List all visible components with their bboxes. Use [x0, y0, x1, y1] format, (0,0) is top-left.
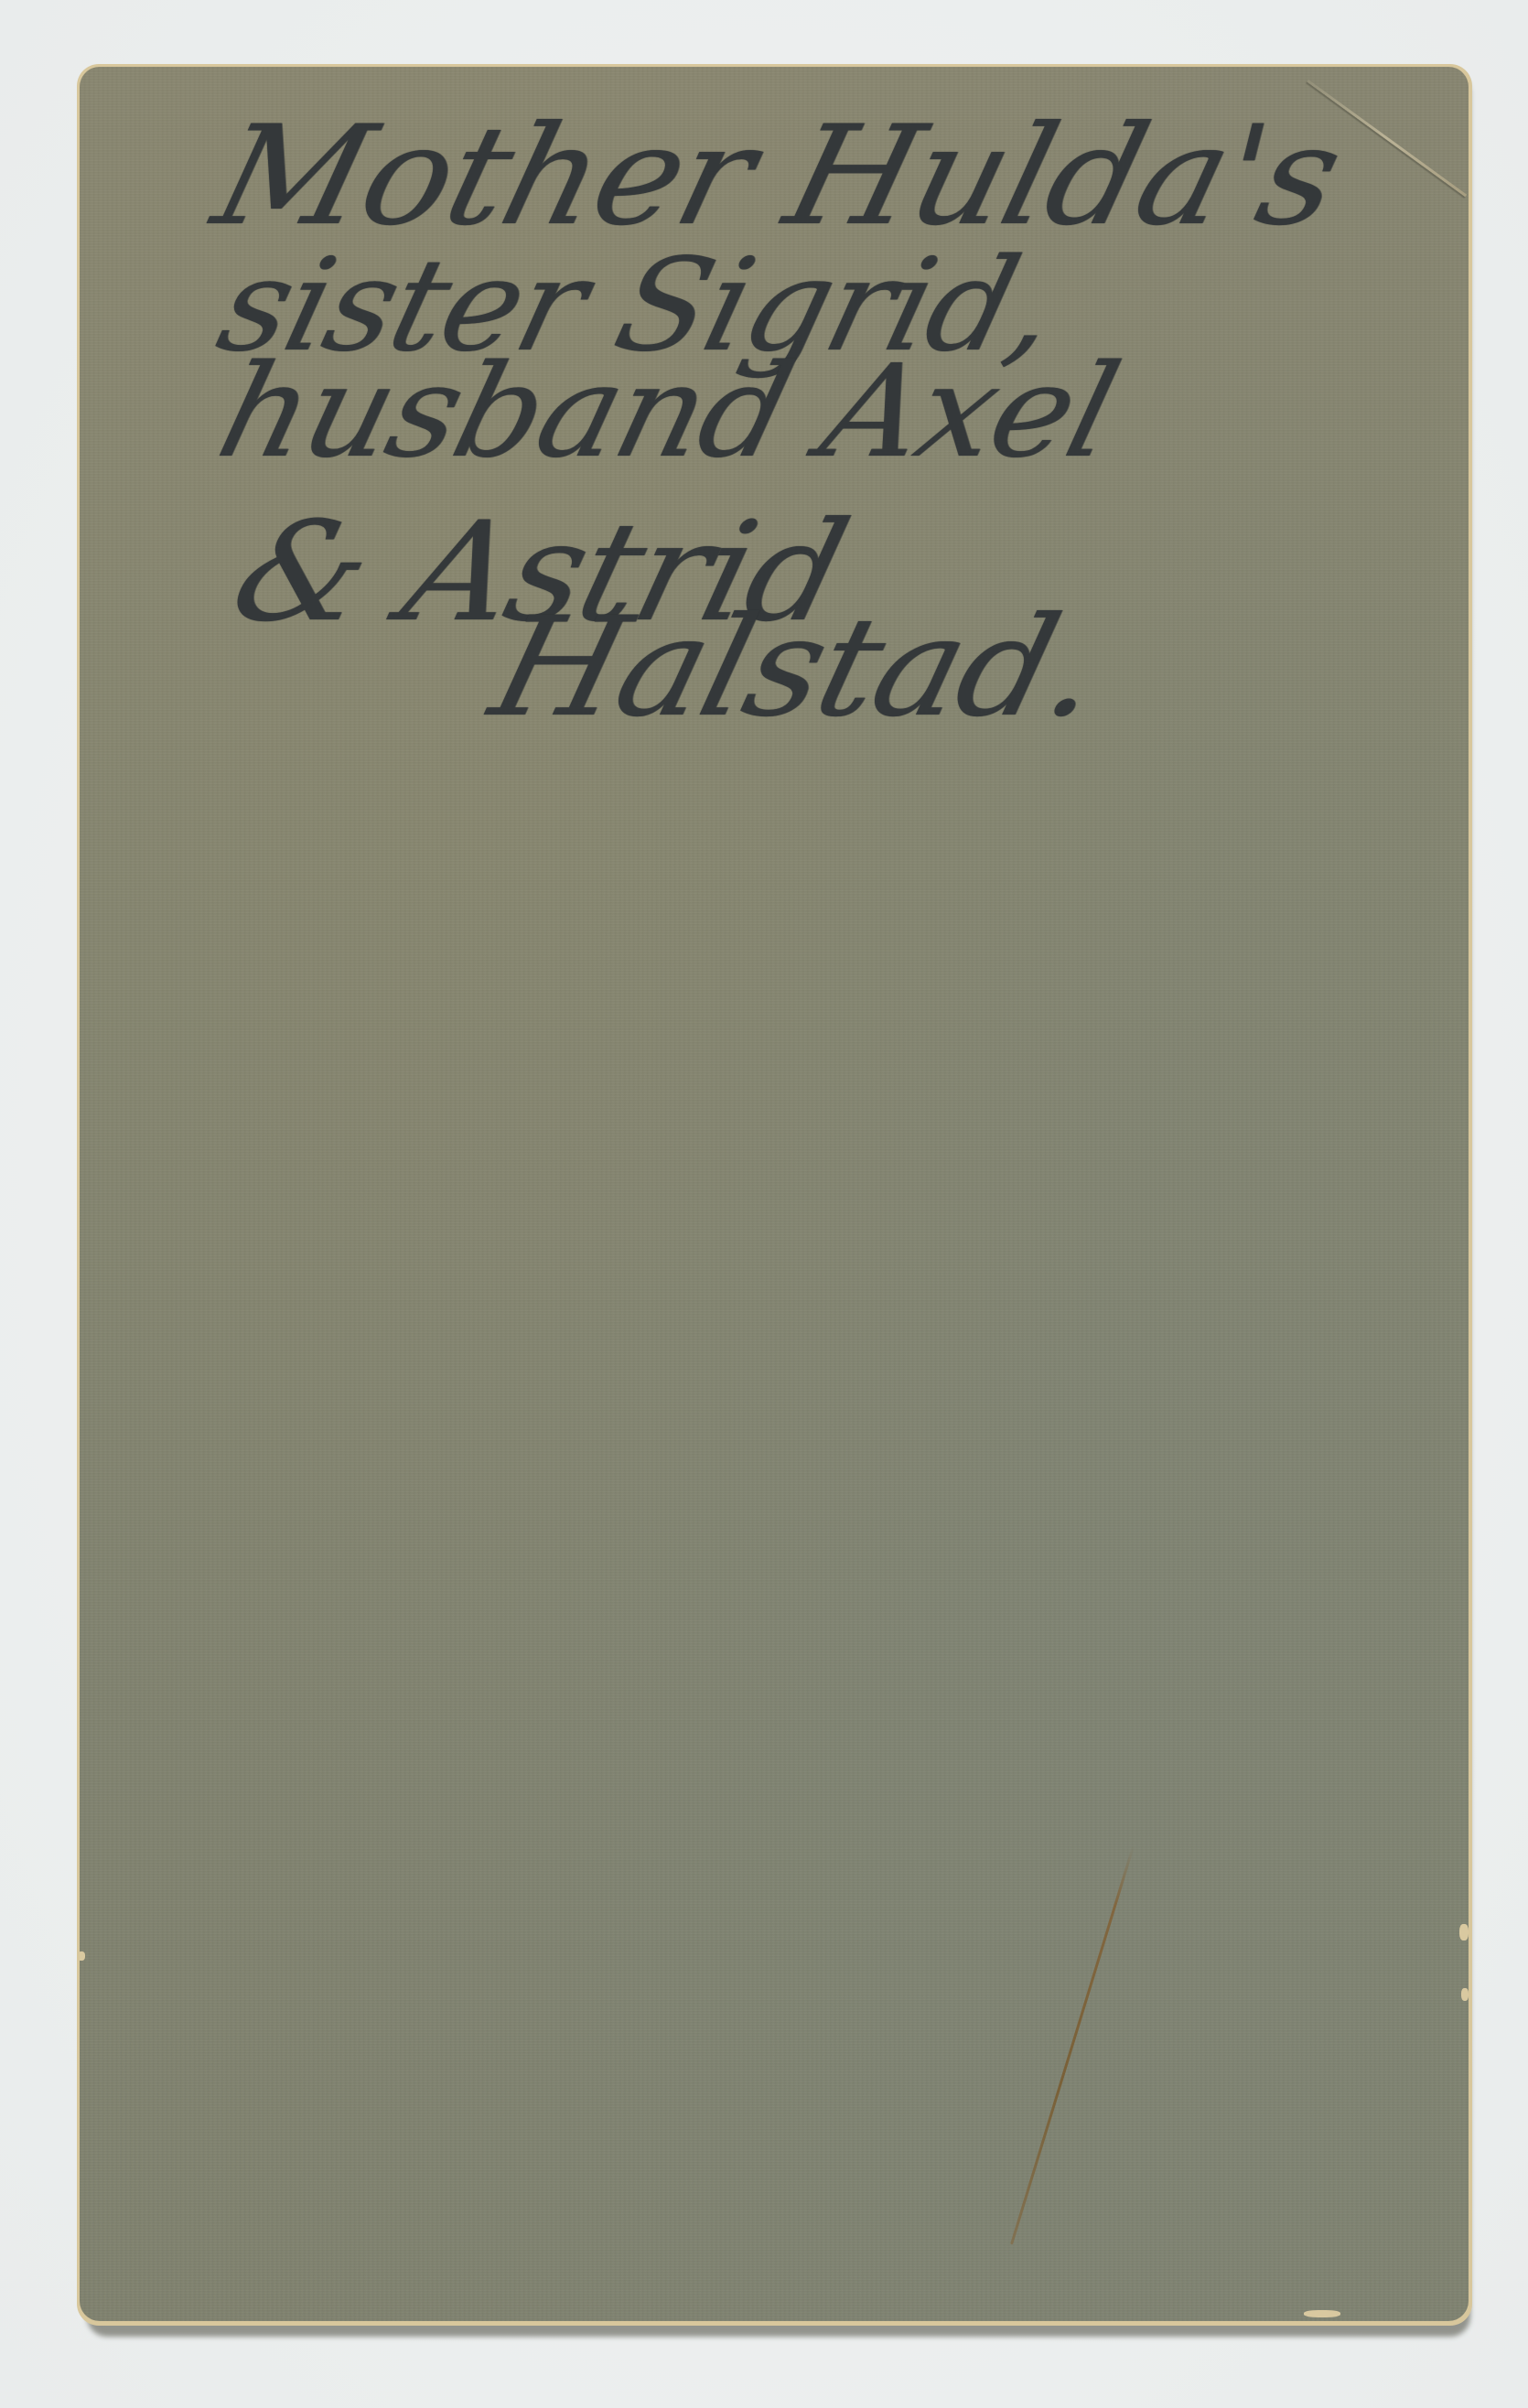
- handwritten-line-3: husband Axel: [208, 349, 1127, 477]
- edge-chip: [80, 1951, 85, 1961]
- edge-chip: [1459, 1924, 1469, 1940]
- handwritten-line-1: Mother Hulda's: [203, 108, 1351, 245]
- scratch-mark: [1010, 1846, 1135, 2245]
- photo-card-back: Mother Hulda's sister Sigrid, husband Ax…: [80, 67, 1469, 2321]
- edge-chip: [1304, 2310, 1340, 2317]
- handwritten-line-5: Halstad.: [480, 599, 1113, 736]
- edge-chip: [1461, 1988, 1469, 2001]
